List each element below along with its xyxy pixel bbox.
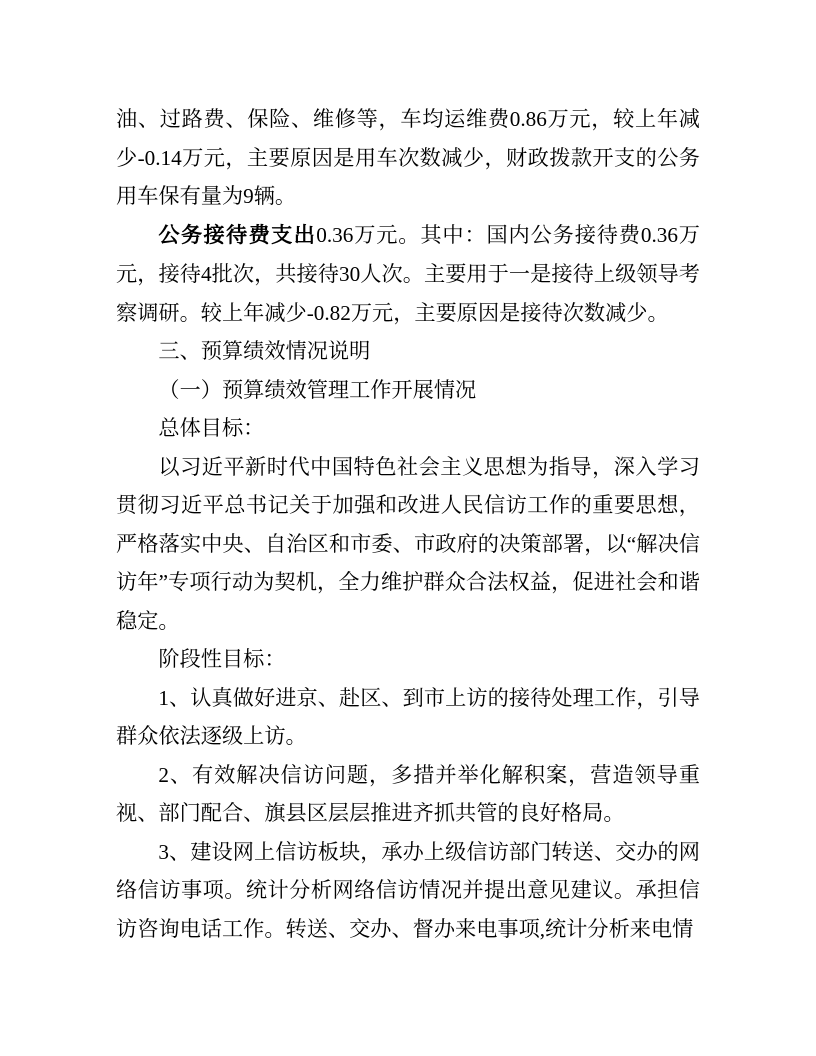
text-run: 总体目标： xyxy=(158,416,264,440)
paragraph: 1、认真做好进京、赴区、到市上访的接待处理工作，引导群众依法逐级上访。 xyxy=(116,679,700,756)
text-run: 以习近平新时代中国特色社会主义思想为指导，深入学习贯彻习近平总书记关于加强和改进… xyxy=(116,455,700,633)
paragraph: 3、建设网上信访板块，承办上级信访部门转送、交办的网络信访事项。统计分析网络信访… xyxy=(116,833,700,949)
text-run: 三、预算绩效情况说明 xyxy=(158,339,370,363)
paragraph: 2、有效解决信访问题，多措并举化解积案，营造领导重视、部门配合、旗县区层层推进齐… xyxy=(116,756,700,833)
paragraph: 以习近平新时代中国特色社会主义思想为指导，深入学习贯彻习近平总书记关于加强和改进… xyxy=(116,448,700,641)
paragraph: 油、过路费、保险、维修等，车均运维费0.86万元，较上年减少-0.14万元，主要… xyxy=(116,100,700,216)
text-run: （一）预算绩效管理工作开展情况 xyxy=(158,378,476,402)
text-run: 2、有效解决信访问题，多措并举化解积案，营造领导重视、部门配合、旗县区层层推进齐… xyxy=(116,763,700,826)
document-body: 油、过路费、保险、维修等，车均运维费0.86万元，较上年减少-0.14万元，主要… xyxy=(116,100,700,948)
bold-run: 公务接待费支出 xyxy=(158,224,316,247)
paragraph: 总体目标： xyxy=(116,409,700,448)
text-run: 1、认真做好进京、赴区、到市上访的接待处理工作，引导群众依法逐级上访。 xyxy=(116,686,700,749)
paragraph: 公务接待费支出0.36万元。其中：国内公务接待费0.36万元，接待4批次，共接待… xyxy=(116,216,700,333)
text-run: 油、过路费、保险、维修等，车均运维费0.86万元，较上年减少-0.14万元，主要… xyxy=(116,107,700,208)
text-run: 阶段性目标： xyxy=(158,647,285,671)
text-run: 3、建设网上信访板块，承办上级信访部门转送、交办的网络信访事项。统计分析网络信访… xyxy=(116,840,700,941)
paragraph: （一）预算绩效管理工作开展情况 xyxy=(116,371,700,410)
paragraph: 三、预算绩效情况说明 xyxy=(116,332,700,371)
paragraph: 阶段性目标： xyxy=(116,640,700,679)
document-page: 油、过路费、保险、维修等，车均运维费0.86万元，较上年减少-0.14万元，主要… xyxy=(0,0,816,1056)
